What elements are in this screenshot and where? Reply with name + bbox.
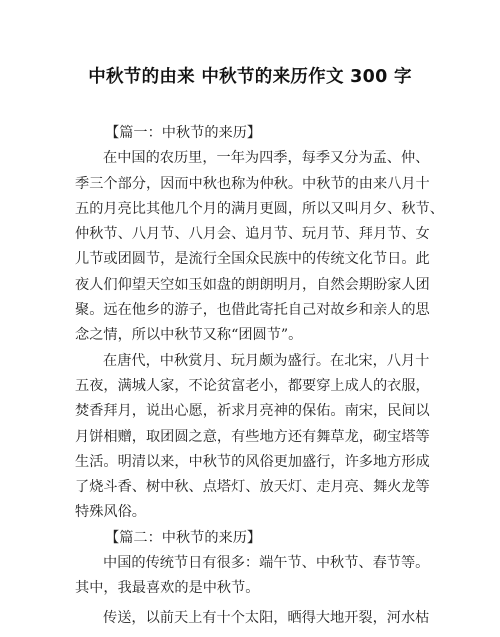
text-line: 月饼相赠，取团圆之意，有些地方还有舞草龙，砌宝塔等 <box>75 425 430 450</box>
text-line: 了烧斗香、树中秋、点塔灯、放天灯、走月亮、舞火龙等 <box>75 475 430 500</box>
text-line: 特殊风俗。 <box>75 500 430 525</box>
document-body: 【篇一：中秋节的来历】 在中国的农历里，一年为四季，每季又分为孟、仲、 季三个部… <box>75 121 430 631</box>
text-line: 五夜，满城人家，不论贫富老小，都要穿上成人的衣服， <box>75 374 430 399</box>
paragraph: 传送，以前天上有十个太阳，晒得大地开裂，河水枯 <box>75 606 430 631</box>
text-line: 焚香拜月，说出心愿，祈求月亮神的保佑。南宋，民间以 <box>75 399 430 424</box>
text-line: 在中国的农历里，一年为四季，每季又分为孟、仲、 <box>75 146 430 171</box>
paragraph: 在唐代，中秋赏月、玩月颇为盛行。在北宋，八月十 五夜，满城人家，不论贫富老小，都… <box>75 349 430 526</box>
text-line: 夜人们仰望天空如玉如盘的朗朗明月，自然会期盼家人团 <box>75 273 430 298</box>
text-line: 其中，我最喜欢的是中秋节。 <box>75 576 430 601</box>
text-line: 在唐代，中秋赏月、玩月颇为盛行。在北宋，八月十 <box>75 349 430 374</box>
document-title: 中秋节的由来 中秋节的来历作文 300 字 <box>0 63 500 88</box>
section-heading: 【篇二：中秋节的来历】 <box>75 526 430 551</box>
text-line: 聚。远在他乡的游子，也借此寄托自己对故乡和亲人的思 <box>75 298 430 323</box>
text-line: 儿节或团圆节，是流行全国众民族中的传统文化节日。此 <box>75 247 430 272</box>
text-line: 中国的传统节日有很多：端午节、中秋节、春节等。 <box>75 551 430 576</box>
section-heading: 【篇一：中秋节的来历】 <box>75 121 430 146</box>
paragraph: 中国的传统节日有很多：端午节、中秋节、春节等。 其中，我最喜欢的是中秋节。 <box>75 551 430 602</box>
text-line: 传送，以前天上有十个太阳，晒得大地开裂，河水枯 <box>75 606 430 631</box>
text-line: 季三个部分，因而中秋也称为仲秋。中秋节的由来八月十 <box>75 172 430 197</box>
text-line: 生活。明清以来，中秋节的风俗更加盛行，许多地方形成 <box>75 450 430 475</box>
document-page: 中秋节的由来 中秋节的来历作文 300 字 【篇一：中秋节的来历】 在中国的农历… <box>0 0 500 637</box>
text-line: 仲秋节、八月节、八月会、追月节、玩月节、拜月节、女 <box>75 222 430 247</box>
text-line: 五的月亮比其他几个月的满月更圆，所以又叫月夕、秋节、 <box>75 197 430 222</box>
paragraph: 在中国的农历里，一年为四季，每季又分为孟、仲、 季三个部分，因而中秋也称为仲秋。… <box>75 146 430 348</box>
text-line: 念之情，所以中秋节又称“团圆节”。 <box>75 323 430 348</box>
